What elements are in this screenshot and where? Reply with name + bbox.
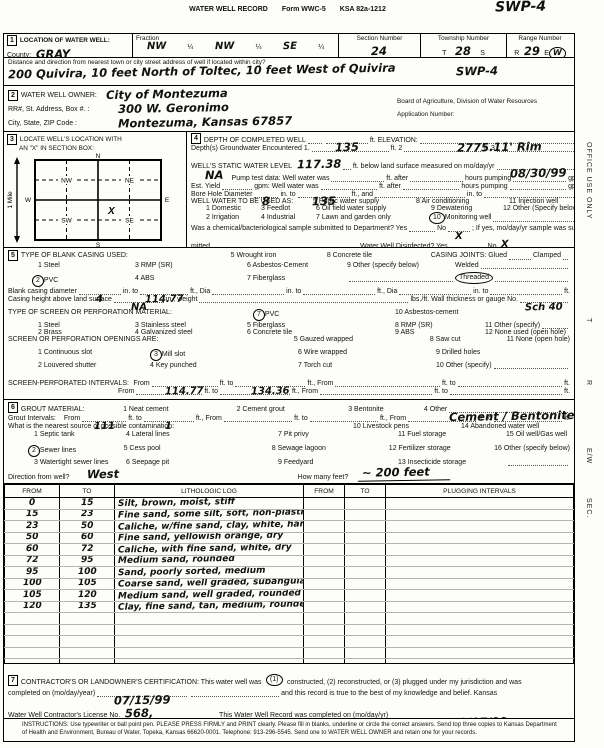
label: 1LOCATION OF WATER WELL: County: GRAY bbox=[4, 34, 132, 57]
section-number-badge: 6 bbox=[8, 402, 18, 413]
handwritten-text: Medium sand, well graded, rounded bbox=[118, 590, 301, 602]
label: ft. to bbox=[204, 388, 218, 395]
pump-test-na: NA bbox=[205, 170, 224, 182]
section-grout: 6GROUT MATERIAL:1 Neat cement2 Cement gr… bbox=[4, 400, 574, 484]
label: Blank casing diameter4in. to114.77ft., D… bbox=[8, 287, 570, 295]
handwritten-text: Caliche, w/fine sand, clay, white, hard bbox=[118, 521, 304, 533]
label: 3 Bentonite bbox=[348, 406, 424, 413]
table-row: 50 60 Fine sand, yellowish orange, dry bbox=[5, 532, 574, 544]
label: Est. Yieldgpm: Well water wasft. afterho… bbox=[191, 182, 574, 190]
label: 3LOCATE WELL'S LOCATION WITH bbox=[7, 134, 183, 145]
casing-diameter-value: 4 bbox=[96, 295, 103, 305]
sample-no-x: X bbox=[455, 231, 463, 241]
label: 200 Quivira, 10 feet North of Toltec, 10… bbox=[8, 66, 570, 78]
label: 7 Torch cut bbox=[298, 362, 436, 369]
dotted-leader bbox=[494, 361, 568, 369]
label: ft., From bbox=[196, 415, 222, 422]
table-row bbox=[5, 613, 574, 625]
dotted-leader bbox=[510, 182, 566, 190]
ne-label: NE bbox=[125, 178, 135, 185]
label: 4 Key punched bbox=[150, 362, 298, 369]
label: From bbox=[64, 415, 80, 422]
label: ft., From bbox=[380, 415, 406, 422]
col-header-to: TO bbox=[60, 485, 115, 498]
label bbox=[304, 578, 345, 590]
label: FROM TO LITHOLOGIC LOG FROM TO PLUGGING … bbox=[5, 485, 574, 498]
label: Depth(s) Groundwater Encountered 1. bbox=[191, 145, 310, 152]
label: R bbox=[514, 50, 519, 57]
table-row: 60 72 Caliche, with fine sand, white, dr… bbox=[5, 544, 574, 556]
handwritten-text: 100 bbox=[78, 568, 97, 577]
label bbox=[304, 532, 345, 544]
record-completed-date: 09/07/99 bbox=[451, 717, 508, 719]
casing-joint-circled: Threaded bbox=[455, 272, 493, 284]
label bbox=[345, 636, 386, 648]
label bbox=[386, 555, 574, 567]
label: CASING JOINTS: Glued bbox=[431, 252, 507, 259]
dotted-leader bbox=[493, 214, 574, 222]
dotted-leader: 134.36 bbox=[235, 379, 305, 387]
label: TYPE OF SCREEN OR PERFORATION MATERIAL:7… bbox=[8, 303, 570, 321]
label: 12 None used (open hole) bbox=[485, 329, 566, 336]
label: City, State, ZIP Code :Montezuma, Kansas… bbox=[8, 116, 570, 130]
handwritten-text: 23 bbox=[81, 510, 94, 519]
dotted-leader bbox=[450, 387, 562, 395]
label: 11 Injection well bbox=[509, 198, 558, 205]
label: 105 bbox=[60, 578, 115, 590]
section-number-badge: 1 bbox=[7, 35, 17, 46]
label: 8 Saw cut bbox=[430, 336, 507, 343]
nw-label: NW bbox=[61, 178, 73, 185]
label: 2 Brass bbox=[38, 329, 135, 336]
label bbox=[115, 613, 304, 625]
feet-value: ~ 200 feet bbox=[358, 467, 450, 482]
label: 6 Seepage pit bbox=[126, 459, 278, 466]
handwritten-text: Fine sand, some silt, soft, non-plastic bbox=[118, 509, 304, 521]
label: 5 Gauzed wrapped bbox=[294, 336, 430, 343]
label: 2 Louvered shutter bbox=[38, 362, 150, 369]
label bbox=[345, 509, 386, 521]
label: Bore Hole Diameter8in. to135ft., andin. … bbox=[191, 190, 574, 198]
section-number-badge: 3 bbox=[7, 134, 17, 145]
handwritten-text: 100 bbox=[23, 579, 42, 588]
disinfected-no-x: X bbox=[501, 239, 509, 248]
dotted-leader bbox=[399, 287, 471, 295]
label: 8 Air conditioning bbox=[416, 198, 509, 205]
margin-r-label: R bbox=[585, 380, 592, 386]
table-row: 23 50 Caliche, w/fine sand, clay, white,… bbox=[5, 521, 574, 533]
wall-thickness-value: Sch 40 bbox=[525, 303, 563, 314]
label bbox=[386, 532, 574, 544]
table-row bbox=[5, 636, 574, 648]
static-level-date: 08/30/99 bbox=[510, 168, 567, 180]
dotted-leader bbox=[320, 387, 432, 395]
label: What is the nearest source of possible c… bbox=[8, 423, 353, 430]
handwritten-text: Medium sand, rounded bbox=[118, 555, 235, 566]
dotted-leader bbox=[310, 414, 378, 422]
label: ft. to bbox=[294, 415, 308, 422]
label: 3 Watertight sewer lines6 Seepage pit9 F… bbox=[8, 458, 570, 466]
label: 5 Fiberglass bbox=[247, 322, 395, 329]
dotted-leader bbox=[224, 414, 292, 422]
dotted-leader bbox=[155, 711, 217, 719]
handwritten-text: 95 bbox=[81, 556, 94, 565]
label: WATER WELL OWNER: bbox=[21, 92, 97, 99]
dotted-leader bbox=[321, 182, 377, 190]
label bbox=[60, 624, 115, 636]
label bbox=[345, 578, 386, 590]
label bbox=[345, 567, 386, 579]
label: 1 Neat cement bbox=[123, 406, 237, 413]
label: ft., From bbox=[292, 388, 318, 395]
label: ft. to bbox=[128, 415, 142, 422]
label: 72 bbox=[60, 544, 115, 556]
section-location: 1LOCATION OF WATER WELL: County: GRAY Fr… bbox=[4, 34, 574, 58]
label: Township Number bbox=[424, 35, 503, 42]
table-row: 100 105 Coarse sand, well graded, subang… bbox=[5, 578, 574, 590]
label: 15 bbox=[60, 498, 115, 510]
label: 105 bbox=[5, 590, 60, 602]
handwritten-text: Caliche, with fine sand, white, dry bbox=[118, 544, 292, 556]
label: WELL WATER TO BE USED AS: bbox=[191, 198, 313, 205]
label bbox=[345, 532, 386, 544]
label bbox=[304, 601, 345, 613]
dotted-leader bbox=[343, 162, 351, 170]
dotted-leader: X bbox=[448, 224, 470, 232]
handwritten-text: Clay, fine sand, tan, medium, rounded bbox=[118, 601, 304, 613]
label: ft., Dia bbox=[190, 288, 210, 295]
label: 10 Asbestos-cement bbox=[395, 309, 458, 316]
label bbox=[115, 624, 304, 636]
label: 4 Lateral lines bbox=[126, 431, 278, 438]
owner-city: Montezuma, Kansas 67857 bbox=[118, 116, 292, 131]
label: FROM TO LITHOLOGIC LOG FROM TO PLUGGING … bbox=[5, 485, 574, 498]
handwritten-text: 50 bbox=[26, 533, 39, 542]
label: and this record is true to the best of m… bbox=[281, 690, 497, 697]
label: 9 Dewatering bbox=[431, 205, 503, 212]
label bbox=[386, 636, 574, 648]
label bbox=[345, 498, 386, 510]
label: 4 Galvanized steel bbox=[135, 329, 247, 336]
label: 4 ABS bbox=[135, 275, 247, 282]
label: City, State, ZIP Code : bbox=[8, 120, 118, 127]
label: 60 bbox=[5, 544, 60, 556]
label: 11 Fuel storage bbox=[398, 431, 506, 438]
label: County: GRAY bbox=[7, 46, 129, 58]
label: completed on (mo/day/year)07/15/99and th… bbox=[8, 689, 570, 697]
se-label: SE bbox=[125, 218, 134, 225]
label bbox=[304, 636, 345, 648]
label: 11 Other (specify) bbox=[485, 322, 540, 329]
dotted-leader: 114.77 bbox=[152, 379, 218, 387]
label: 23 bbox=[60, 509, 115, 521]
label: 95 bbox=[5, 567, 60, 579]
label bbox=[345, 544, 386, 556]
water-well-record-form: WATER WELL RECORD Form WWC-5 KSA 82a-121… bbox=[0, 0, 604, 748]
label: 9 ABS bbox=[395, 329, 485, 336]
label: 135 bbox=[60, 601, 115, 613]
label bbox=[14, 157, 20, 164]
label bbox=[304, 498, 345, 510]
section-lithologic-log: FROM TO LITHOLOGIC LOG FROM TO PLUGGING … bbox=[4, 484, 574, 664]
label: 12 Fertilizer storage bbox=[389, 445, 494, 452]
label: ¼ bbox=[188, 44, 194, 51]
screen-material-circled-number: 7 bbox=[253, 309, 265, 321]
label: ft. bbox=[564, 380, 570, 387]
label: 6 Asbestos-Cement bbox=[247, 262, 347, 269]
label: 16 Other (specify below) bbox=[494, 445, 570, 452]
label: 3Mill slot bbox=[150, 343, 298, 361]
label: Silt, brown, moist, stiff bbox=[115, 498, 304, 510]
casing-height-value: NA bbox=[131, 303, 147, 313]
label bbox=[304, 624, 345, 636]
label: 10 Other (specify) bbox=[436, 362, 492, 369]
label: in. to bbox=[123, 288, 138, 295]
label: 4 Industrial bbox=[261, 214, 316, 221]
elevation-value: 2775.11' Rim bbox=[457, 141, 542, 154]
label: 1 Continuous slot3Mill slot6 Wire wrappe… bbox=[8, 343, 570, 361]
label: 8 Sewage lagoon bbox=[272, 445, 389, 452]
dotted-leader: 135 bbox=[326, 136, 368, 144]
label: ft. after bbox=[386, 175, 408, 182]
label: GROUT MATERIAL: bbox=[21, 406, 123, 413]
label: 1LOCATION OF WATER WELL: bbox=[7, 35, 129, 46]
label: SCREEN OR PERFORATION OPENINGS ARE:5 Gau… bbox=[8, 336, 570, 343]
label: Clamped bbox=[533, 252, 561, 259]
label: 4 Other bbox=[424, 406, 447, 413]
label: 8 RMP (SR) bbox=[395, 322, 485, 329]
label: DEPTH OF COMPLETED WELL bbox=[204, 137, 306, 144]
dotted-leader: Sch 40 bbox=[520, 295, 568, 303]
col-header-from2: FROM bbox=[304, 485, 345, 498]
agency-label: Board of Agriculture, Division of Water … bbox=[397, 98, 572, 105]
section-box-diagram: 1 Mile NW NE SW SE N S W bbox=[7, 152, 183, 248]
label: 9 Other (specify below) bbox=[347, 262, 455, 269]
instructions-line-2: of Health and Environment, Bureau of Wat… bbox=[22, 729, 556, 737]
section-number-badge: 4 bbox=[191, 133, 201, 144]
instructions-line-1: INSTRUCTIONS: Use typewriter or ball poi… bbox=[22, 721, 556, 729]
label bbox=[345, 624, 386, 636]
handwritten-text: Coarse sand, well graded, subangular bbox=[118, 578, 304, 590]
table-row: 105 120 Medium sand, well graded, rounde… bbox=[5, 590, 574, 602]
margin-t-label: T bbox=[585, 318, 592, 323]
dotted-leader bbox=[375, 190, 465, 198]
dotted-leader bbox=[409, 224, 435, 232]
table-row: 95 100 Sand, poorly sorted, medium bbox=[5, 567, 574, 579]
label: ; If yes, mo/day/yr sample was sub- bbox=[472, 225, 574, 232]
label: 1 Septic tank4 Lateral lines7 Pit privy1… bbox=[8, 431, 570, 438]
label: 5 Cess pool bbox=[124, 445, 272, 452]
well-x-mark: X bbox=[107, 206, 116, 217]
page-title: WATER WELL RECORD bbox=[189, 6, 268, 13]
county-value: GRAY bbox=[35, 49, 69, 58]
label: Mill slot bbox=[162, 351, 185, 358]
label bbox=[345, 601, 386, 613]
label: 8 Concrete tile bbox=[327, 252, 431, 259]
label bbox=[60, 613, 115, 625]
label bbox=[386, 521, 574, 533]
label: 4DEPTH OF COMPLETED WELL135ft. ELEVATION… bbox=[191, 133, 574, 144]
bore-depth-value: 135 bbox=[312, 195, 336, 207]
label bbox=[304, 544, 345, 556]
handwritten-text: 105 bbox=[23, 591, 42, 600]
statute-reference: KSA 82a-1212 bbox=[340, 6, 386, 13]
label: 2 Irrigation4 Industrial7 Lawn and garde… bbox=[191, 212, 574, 224]
label bbox=[386, 498, 574, 510]
label: Clay, fine sand, tan, medium, rounded bbox=[115, 601, 304, 613]
section-locate-box: 3LOCATE WELL'S LOCATION WITH AN "X" IN S… bbox=[4, 132, 187, 247]
dotted-leader: 07/15/99 bbox=[97, 689, 187, 697]
label: Blank casing diameter bbox=[8, 288, 77, 295]
east-label: E bbox=[165, 197, 170, 204]
label bbox=[386, 613, 574, 625]
dotted-leader bbox=[403, 182, 459, 190]
label bbox=[304, 555, 345, 567]
label: Welded bbox=[455, 262, 479, 269]
label: 120 bbox=[60, 590, 115, 602]
label: ft. bbox=[564, 388, 570, 395]
label: How many feet? bbox=[298, 474, 349, 481]
label: in. to bbox=[473, 288, 488, 295]
label: ft., From bbox=[307, 380, 333, 387]
dotted-leader: 08/30/99 bbox=[497, 162, 574, 170]
dotted-leader bbox=[509, 252, 531, 260]
dotted-leader bbox=[490, 287, 562, 295]
col-header-log: LITHOLOGIC LOG bbox=[115, 485, 304, 498]
dotted-leader: 135 bbox=[298, 190, 350, 198]
label: lbs./ft. Wall thickness or gauge No. bbox=[410, 296, 518, 303]
dotted-leader: 8 bbox=[254, 190, 278, 198]
label: 100 bbox=[5, 578, 60, 590]
label: ft. ELEVATION: bbox=[370, 137, 418, 144]
label: NW¼ NW¼ SE¼ bbox=[136, 42, 335, 52]
label: 3 Watertight sewer lines bbox=[34, 459, 126, 466]
sw-label: SW bbox=[61, 218, 72, 225]
label bbox=[304, 509, 345, 521]
dotted-leader bbox=[563, 252, 568, 260]
label: SCREEN-PERFORATED INTERVALS: From114.77f… bbox=[8, 369, 570, 387]
label: 7 Lawn and garden only bbox=[316, 214, 429, 221]
section-number-badge: 2 bbox=[8, 90, 18, 101]
dotted-leader bbox=[484, 190, 574, 198]
label bbox=[304, 613, 345, 625]
label bbox=[386, 590, 574, 602]
label: 1 Septic tank bbox=[34, 431, 126, 438]
label: 23 bbox=[5, 521, 60, 533]
handwritten-text: 23 bbox=[26, 522, 39, 531]
label: Fine sand, yellowish orange, dry bbox=[115, 532, 304, 544]
section-casing: 5TYPE OF BLANK CASING USED:5 Wrought iro… bbox=[4, 248, 574, 400]
label: WELL WATER TO BE USED AS:5 Public water … bbox=[191, 198, 574, 205]
label: Water Well Contractor's License No. bbox=[8, 712, 120, 719]
label: ft. to bbox=[220, 380, 234, 387]
label bbox=[345, 521, 386, 533]
handwritten-text: 135 bbox=[78, 602, 97, 611]
label bbox=[345, 590, 386, 602]
label bbox=[5, 613, 60, 625]
label bbox=[304, 567, 345, 579]
handwritten-text: 120 bbox=[78, 591, 97, 600]
label bbox=[386, 567, 574, 579]
table-row bbox=[5, 624, 574, 636]
label: Direction from well?WestHow many feet?~ … bbox=[8, 467, 570, 481]
label: 95 bbox=[60, 555, 115, 567]
label: 15 Oil well/Gas well bbox=[506, 431, 567, 438]
label: 2 Irrigation bbox=[206, 214, 261, 221]
dotted-leader bbox=[212, 287, 284, 295]
label: SCREEN OR PERFORATION OPENINGS ARE: bbox=[8, 336, 294, 343]
label: Board of Agriculture, Division of Water … bbox=[397, 98, 572, 118]
label: gpm: Well water was bbox=[254, 183, 318, 190]
label: ft. after bbox=[379, 183, 401, 190]
use-option-circled-number: 10 bbox=[429, 212, 445, 224]
label: 7 Pit privy bbox=[278, 431, 398, 438]
label bbox=[386, 601, 574, 613]
label: Monitoring well bbox=[445, 214, 492, 221]
label bbox=[345, 613, 386, 625]
dotted-leader bbox=[458, 379, 563, 387]
section-distance: Distance and direction from nearest town… bbox=[4, 58, 574, 86]
handwritten-text: 0 bbox=[29, 499, 35, 508]
table-row: 0 15 Silt, brown, moist, stiff bbox=[5, 498, 574, 510]
label: SCREEN-PERFORATED INTERVALS: bbox=[8, 380, 129, 387]
label: 100 bbox=[60, 567, 115, 579]
label: in. to bbox=[286, 288, 301, 295]
handwritten-text: 60 bbox=[81, 533, 94, 542]
section-well-depth: 4DEPTH OF COMPLETED WELL135ft. ELEVATION… bbox=[187, 132, 574, 247]
label: Medium sand, rounded bbox=[115, 555, 304, 567]
screen-interval-to: 134.36 bbox=[251, 387, 290, 398]
owner-address: 300 W. Geronimo bbox=[118, 102, 229, 115]
dotted-leader bbox=[508, 458, 568, 466]
label: 120 bbox=[5, 601, 60, 613]
label: ¼ bbox=[256, 44, 262, 51]
label: 7CONTRACTOR'S OR LANDOWNER'S CERTIFICATI… bbox=[8, 668, 570, 686]
handwritten-text: Sand, poorly sorted, medium bbox=[118, 567, 266, 579]
label: ft. 2 bbox=[391, 145, 403, 152]
dotted-leader bbox=[542, 321, 568, 329]
mile-label: 1 Mile bbox=[7, 191, 14, 209]
label bbox=[386, 578, 574, 590]
label: 50 bbox=[5, 532, 60, 544]
label bbox=[115, 647, 304, 659]
label: PVC bbox=[44, 277, 58, 284]
label: in. to bbox=[280, 191, 295, 198]
label: Grout Intervals: bbox=[8, 415, 56, 422]
label: 1 Domestic bbox=[206, 205, 261, 212]
label bbox=[386, 544, 574, 556]
dotted-leader: 114.77 bbox=[140, 287, 188, 295]
label: T bbox=[442, 50, 446, 57]
label: hours pumping bbox=[461, 183, 507, 190]
dotted-leader bbox=[495, 274, 568, 282]
label bbox=[304, 647, 345, 659]
handwritten-text: Silt, brown, moist, stiff bbox=[118, 498, 235, 509]
section-number-badge: 7 bbox=[8, 675, 18, 686]
dotted-leader bbox=[331, 174, 384, 182]
well-depth-value: 135 bbox=[335, 142, 359, 154]
fraction-2: NW bbox=[215, 42, 235, 52]
handwritten-well-tag: SWP-4 bbox=[495, 0, 546, 14]
label: ft. to bbox=[434, 388, 448, 395]
lithologic-table: FROM TO LITHOLOGIC LOG FROM TO PLUGGING … bbox=[4, 484, 574, 664]
grout-interval-to: 1 bbox=[165, 422, 172, 432]
col-header-plugging: PLUGGING INTERVALS bbox=[386, 485, 574, 498]
table-row: 15 23 Fine sand, some silt, soft, non-pl… bbox=[5, 509, 574, 521]
north-label: N bbox=[96, 153, 101, 160]
label: 15 bbox=[5, 509, 60, 521]
form-body: 1LOCATION OF WATER WELL: County: GRAY Fr… bbox=[3, 33, 575, 742]
